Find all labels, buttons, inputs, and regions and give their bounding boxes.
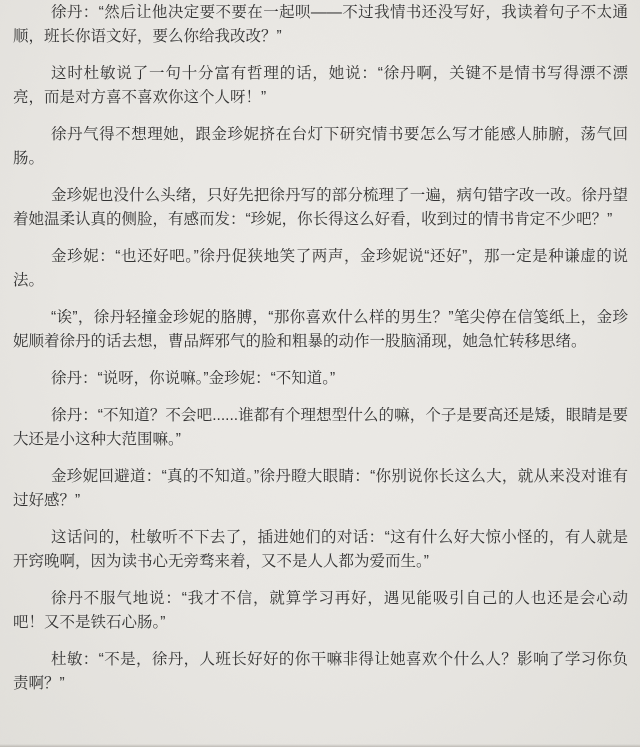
paragraph: “诶”，徐丹轻撞金珍妮的胳膊，“那你喜欢什么样的男生？”笔尖停在信笺纸上，金珍妮…: [13, 306, 628, 354]
paragraph: 徐丹气得不想理她，跟金珍妮挤在台灯下研究情书要怎么写才能感人肺腑，荡气回肠。: [13, 123, 628, 171]
paragraph: 徐丹：“不知道？不会吧......谁都有个理想型什么的嘛，个子是要高还是矮，眼睛…: [13, 404, 628, 452]
paragraph: 金珍妮：“也还好吧。”徐丹促狭地笑了两声，金珍妮说“还好”，那一定是种谦虚的说法…: [13, 245, 628, 293]
paragraph: 金珍妮也没什么头绪，只好先把徐丹写的部分梳理了一遍，病句错字改一改。徐丹望着她温…: [13, 184, 628, 232]
reader-page: 徐丹：“然后让他决定要不要在一起呗——不过我情书还没写好，我读着句子不太通顺，班…: [0, 0, 640, 747]
paragraph: 杜敏：“不是，徐丹，人班长好好的你干嘛非得让她喜欢个什么人？影响了学习你负责啊？…: [13, 648, 628, 696]
page-content: 徐丹：“然后让他决定要不要在一起呗——不过我情书还没写好，我读着句子不太通顺，班…: [0, 0, 640, 696]
paragraph: 徐丹不服气地说：“我才不信，就算学习再好，遇见能吸引自己的人也还是会心动吧！又不…: [13, 587, 628, 635]
paragraph: 徐丹：“然后让他决定要不要在一起呗——不过我情书还没写好，我读着句子不太通顺，班…: [13, 1, 628, 49]
paragraph: 这时杜敏说了一句十分富有哲理的话，她说：“徐丹啊，关键不是情书写得漂不漂亮，而是…: [13, 62, 628, 110]
paragraph: 这话问的，杜敏听不下去了，插进她们的对话：“这有什么好大惊小怪的，有人就是开窍晚…: [13, 526, 628, 574]
paragraph: 金珍妮回避道：“真的不知道。”徐丹瞪大眼睛：“你别说你长这么大，就从来没对谁有过…: [13, 465, 628, 513]
paragraph: 徐丹：“说呀，你说嘛。”金珍妮：“不知道。”: [13, 367, 628, 391]
